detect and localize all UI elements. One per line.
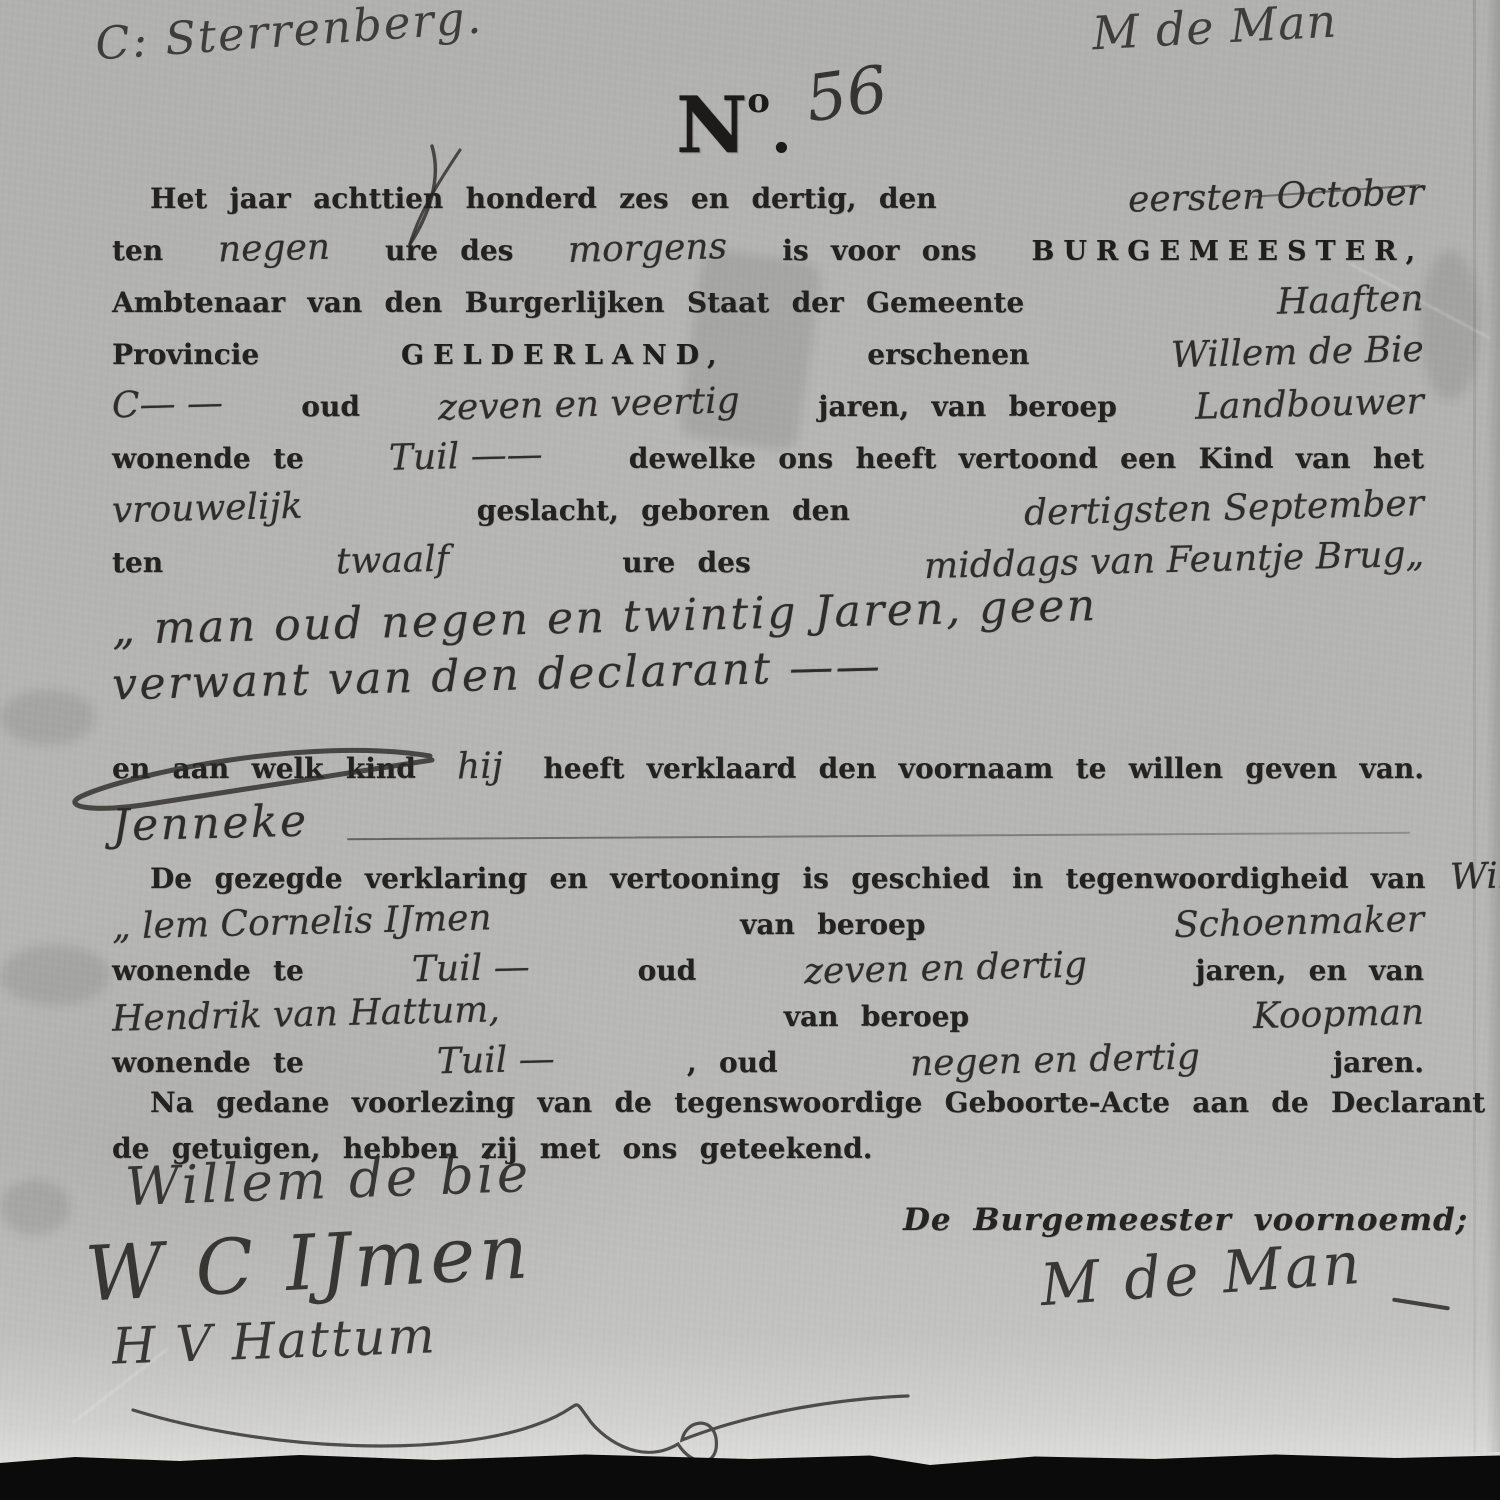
printed-text: erschenen xyxy=(867,338,1029,371)
printed-text: van beroep xyxy=(784,1000,969,1033)
scanned-birth-act-page: C: Sterrenberg. M de Man No. 56 Het jaar… xyxy=(0,0,1500,1500)
handwritten-text: Schoenmaker xyxy=(1173,899,1424,946)
act-number-dot: . xyxy=(771,97,792,167)
handwritten-text: Tuil — xyxy=(436,1039,555,1083)
printed-text: Het jaar achttien honderd zes en dertig,… xyxy=(150,182,937,215)
printed-text: oud xyxy=(638,954,697,987)
handwritten-text: zeven en dertig xyxy=(804,945,1088,993)
registrar-annotation-top-right: M de Man xyxy=(1091,0,1339,60)
handwritten-text: dertigsten September xyxy=(1024,483,1425,534)
printed-text: geslacht, geboren den xyxy=(477,494,850,527)
bleedthrough-mark xyxy=(1420,250,1480,400)
signature-dash-stroke xyxy=(1392,1297,1450,1310)
page-fold-line xyxy=(1473,0,1476,1452)
printed-text: dewelke ons heeft vertoond een Kind van … xyxy=(629,442,1424,475)
handwritten-text: Haaften xyxy=(1277,278,1425,323)
act-line: wonende teTuil —oudzeven en dertigjaren,… xyxy=(112,948,1424,994)
printed-text: Provincie xyxy=(112,338,259,371)
handwritten-text: „ lem Cornelis IJmen xyxy=(112,897,493,947)
burgemeester-signature: M de Man xyxy=(1038,1229,1365,1319)
ink-stroke xyxy=(347,832,1410,840)
page-edge-shadow xyxy=(1486,0,1500,1452)
printed-text: wonende te xyxy=(112,954,304,987)
act-line: vrouwelijkgeslacht, geboren dendertigste… xyxy=(112,488,1424,540)
act-number-letter: N xyxy=(676,80,747,171)
printed-text: is voor ons xyxy=(782,234,976,267)
handwritten-text: middags van Feuntje Brug„ xyxy=(923,534,1424,587)
handwritten-text: negen xyxy=(218,227,331,271)
bleedthrough-mark xyxy=(0,690,95,745)
printed-text: wonende te xyxy=(112,1046,304,1079)
printed-text: BURGEMEESTER, xyxy=(1032,236,1425,267)
printed-text: heeft verklaard den voornaam te willen g… xyxy=(543,752,1424,785)
act-line: verwant van den declarant —— xyxy=(112,650,1424,708)
handwritten-text: Willem de Bie xyxy=(1171,329,1425,376)
act-line: Het jaar achttien honderd zes en dertig,… xyxy=(112,176,1424,228)
handwritten-text: twaalf xyxy=(336,539,450,583)
printed-text: ure des xyxy=(385,234,513,267)
act-line: Na gedane voorlezing van de tegenswoordi… xyxy=(112,1086,1424,1132)
printed-text: van beroep xyxy=(740,908,925,941)
signature-declarant: Willem de bie xyxy=(124,1143,532,1218)
printed-text: jaren, en van xyxy=(1195,954,1424,987)
act-line: Hendrik van Hattum,van beroepKoopman xyxy=(112,994,1424,1040)
signature-witness-1: W C IJmen xyxy=(83,1206,534,1318)
handwritten-text: vrouwelijk xyxy=(112,486,303,532)
act-line: wonende teTuil —, oudnegen en dertigjare… xyxy=(112,1040,1424,1086)
handwritten-text: „ man oud negen en twintig Jaren, geen xyxy=(112,580,1099,655)
handwritten-text: hij xyxy=(456,745,503,787)
pen-flourish-left-loop xyxy=(58,742,448,827)
printed-text: wonende te xyxy=(112,442,304,475)
printed-text: GELDERLAND, xyxy=(401,340,726,371)
signature-witness-2: H V Hattum xyxy=(111,1306,438,1375)
act-number: No. xyxy=(676,80,792,171)
handwritten-text: negen en dertig xyxy=(910,1036,1201,1084)
burgemeester-title: De Burgemeester voornoemd; xyxy=(903,1202,1468,1238)
handwritten-text: Tuil — xyxy=(411,947,530,991)
bleedthrough-mark xyxy=(0,1180,70,1235)
act-line: „ lem Cornelis IJmenvan beroepSchoenmake… xyxy=(112,902,1424,948)
act-line: tentwaalfure desmiddags van Feuntje Brug… xyxy=(112,540,1424,592)
act-line: „ man oud negen en twintig Jaren, geen xyxy=(112,592,1424,650)
handwritten-text: Tuil —— xyxy=(389,434,544,479)
printed-text: Na gedane voorlezing van de tegenswoordi… xyxy=(150,1086,1500,1119)
handwritten-text: Landbouwer xyxy=(1195,381,1425,428)
handwritten-text: C— — xyxy=(112,383,224,427)
printed-text: jaren, van beroep xyxy=(818,390,1117,423)
printed-text: oud xyxy=(301,390,360,423)
printed-text: , oud xyxy=(687,1046,778,1079)
act-number-handwritten: 56 xyxy=(801,53,892,138)
printed-text: jaren. xyxy=(1333,1046,1424,1079)
printed-text: ure des xyxy=(622,546,750,579)
printed-text: De gezegde verklaring en vertooning is g… xyxy=(150,862,1426,895)
handwritten-text: Koopman xyxy=(1252,992,1424,1037)
archive-annotation-top-left: C: Sterrenberg. xyxy=(94,0,485,70)
printed-text: Ambtenaar van den Burgerlijken Staat der… xyxy=(112,286,1024,319)
printed-text: ten xyxy=(112,234,163,267)
handwritten-text: Hendrik van Hattum, xyxy=(112,989,501,1039)
bleedthrough-mark xyxy=(0,945,110,1005)
handwritten-text: eersten October xyxy=(1127,172,1424,220)
printed-text: ten xyxy=(112,546,163,579)
act-line: De gezegde verklaring en vertooning is g… xyxy=(112,856,1424,902)
act-number-superscript: o xyxy=(747,81,771,121)
